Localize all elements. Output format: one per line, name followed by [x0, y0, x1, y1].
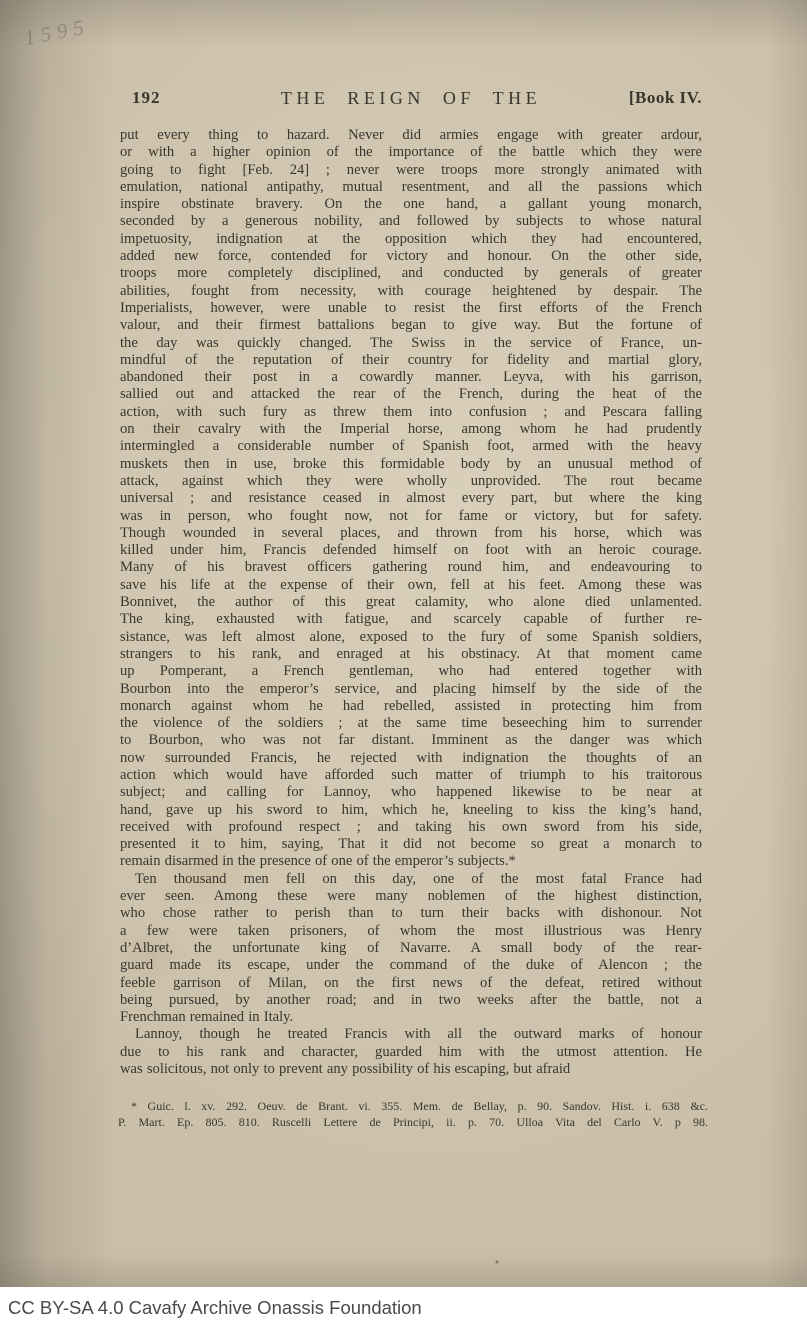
text-line: to Bourbon, who was not far distant. Imm… [120, 732, 702, 749]
handwritten-pencil-annotation: 1595 [22, 14, 92, 51]
text-line: who chose rather to perish than to turn … [120, 905, 702, 922]
text-line: muskets then in use, broke this formidab… [120, 456, 702, 473]
text-line: valour, and their firmest battalions beg… [120, 317, 702, 334]
text-line: killed under him, Francis defended himse… [120, 542, 702, 559]
text-line: remain disarmed in the presence of one o… [120, 853, 702, 870]
running-title: THE REIGN OF THE [120, 88, 702, 109]
text-line: sallied out and attacked the rear of the… [120, 386, 702, 403]
page-header: 192 THE REIGN OF THE [Book IV. [120, 88, 702, 110]
text-line: due to his rank and character, guarded h… [120, 1044, 702, 1061]
text-line: Many of his bravest officers gathering r… [120, 559, 702, 576]
text-line: Frenchman remained in Italy. [120, 1009, 702, 1026]
book-page-scan: 1595 192 THE REIGN OF THE [Book IV. put … [0, 0, 807, 1287]
body-text: put every thing to hazard. Never did arm… [120, 127, 702, 1078]
text-line: abilities, fought from necessity, with c… [120, 283, 702, 300]
text-line: Imperialists, however, were unable to re… [120, 300, 702, 317]
text-line: hand, gave up his sword to him, which he… [120, 802, 702, 819]
text-line: emulation, national antipathy, mutual re… [120, 179, 702, 196]
text-line: added new force, contended for victory a… [120, 248, 702, 265]
text-line: subject; and calling for Lannoy, who hap… [120, 784, 702, 801]
text-line: attack, against which they were wholly u… [120, 473, 702, 490]
text-line: now surrounded Francis, he rejected with… [120, 750, 702, 767]
text-line: intermingled a considerable number of Sp… [120, 438, 702, 455]
footnote: * Guic. l. xv. 292. Oeuv. de Brant. vi. … [118, 1099, 708, 1130]
license-text: CC BY-SA 4.0 Cavafy Archive Onassis Foun… [8, 1297, 422, 1319]
text-line: presented it to him, saying, That it did… [120, 836, 702, 853]
text-line: impetuosity, indignation at the oppositi… [120, 231, 702, 248]
text-line: action, with such fury as threw them int… [120, 404, 702, 421]
footnote-line: * Guic. l. xv. 292. Oeuv. de Brant. vi. … [118, 1099, 708, 1115]
text-line: seconded by a generous nobility, and fol… [120, 213, 702, 230]
text-line: strangers to his rank, and enraged at hi… [120, 646, 702, 663]
text-line: d’Albret, the unfortunate king of Navarr… [120, 940, 702, 957]
text-line: being pursued, by another road; and in t… [120, 992, 702, 1009]
text-line: Lannoy, though he treated Francis with a… [120, 1026, 702, 1043]
text-line: was solicitous, not only to prevent any … [120, 1061, 702, 1078]
footnote-line: P. Mart. Ep. 805. 810. Ruscelli Lettere … [118, 1115, 708, 1131]
text-line: the day was quickly changed. The Swiss i… [120, 335, 702, 352]
text-line: monarch against whom he had rebelled, as… [120, 698, 702, 715]
text-line: put every thing to hazard. Never did arm… [120, 127, 702, 144]
text-line: Bourbon into the emperor’s service, and … [120, 681, 702, 698]
text-line: save his life at the expense of their ow… [120, 577, 702, 594]
text-line: or with a higher opinion of the importan… [120, 144, 702, 161]
text-line: Bonnivet, the author of this great calam… [120, 594, 702, 611]
text-line: feeble garrison of Milan, on the first n… [120, 975, 702, 992]
book-label: [Book IV. [629, 88, 702, 108]
text-line: going to fight [Feb. 24] ; never were tr… [120, 162, 702, 179]
text-line: guard made its escape, under the command… [120, 957, 702, 974]
text-line: was in person, who fought now, not for f… [120, 508, 702, 525]
text-line: The king, exhausted with fatigue, and sc… [120, 611, 702, 628]
text-line: up Pomperant, a French gentleman, who ha… [120, 663, 702, 680]
text-line: on their cavalry with the Imperial horse… [120, 421, 702, 438]
text-line: troops more completely disciplined, and … [120, 265, 702, 282]
text-line: action which would have afforded such ma… [120, 767, 702, 784]
text-line: mindful of the reputation of their count… [120, 352, 702, 369]
text-line: abandoned their post in a cowardly manne… [120, 369, 702, 386]
text-line: sistance, was left almost alone, exposed… [120, 629, 702, 646]
text-line: ever seen. Among these were many nobleme… [120, 888, 702, 905]
text-line: Though wounded in several places, and th… [120, 525, 702, 542]
text-line: Ten thousand men fell on this day, one o… [120, 871, 702, 888]
text-line: universal ; and resistance ceased in alm… [120, 490, 702, 507]
text-line: the violence of the soldiers ; at the sa… [120, 715, 702, 732]
text-line: received with profound respect ; and tak… [120, 819, 702, 836]
text-line: inspire obstinate bravery. On the one ha… [120, 196, 702, 213]
scanned-book-page-screenshot: 1595 192 THE REIGN OF THE [Book IV. put … [0, 0, 807, 1328]
text-line: a few were taken prisoners, of whom the … [120, 923, 702, 940]
license-caption-bar: CC BY-SA 4.0 Cavafy Archive Onassis Foun… [0, 1287, 807, 1328]
